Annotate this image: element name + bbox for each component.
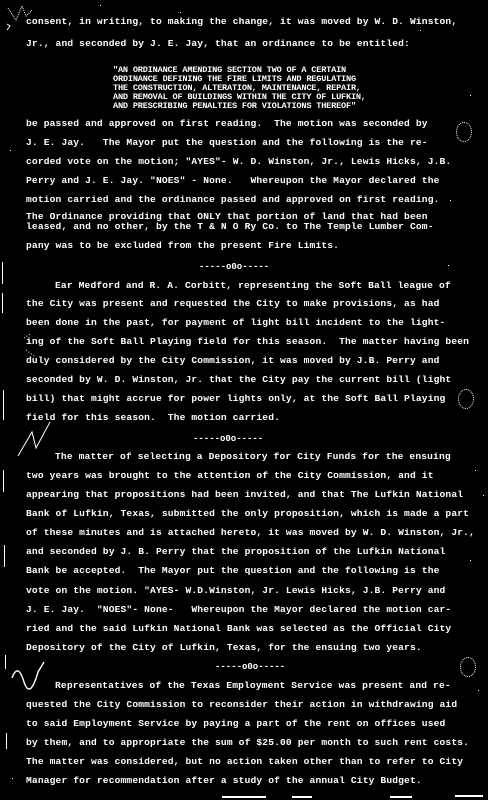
separator: -----o0o----- [193, 434, 263, 444]
ordinance-title-line: AND PRESCRIBING PENALTIES FOR VIOLATIONS… [113, 102, 356, 111]
left-margin-mark [3, 390, 4, 420]
punch-hole [460, 657, 476, 677]
handwritten-check-icon [8, 660, 48, 700]
text-line: Jr., and seconded by J. E. Jay, that an … [26, 38, 410, 49]
text-line: the City was present and requested the C… [26, 298, 440, 309]
text-line: J. E. Jay. The Mayor put the question an… [26, 137, 428, 148]
text-line: Bank be accepted. The Mayor put the ques… [26, 565, 440, 576]
text-line: Bank of Lufkin, Texas, submitted the onl… [26, 508, 469, 519]
text-line: by them, and to appropriate the sum of $… [26, 737, 469, 748]
left-margin-mark [3, 470, 4, 492]
scan-speck [475, 470, 476, 471]
text-line: consent, in writing, to making the chang… [26, 16, 457, 27]
scan-speck [10, 150, 11, 151]
text-line: two years was brought to the attention o… [26, 470, 434, 481]
scan-speck [12, 778, 13, 779]
left-margin-mark [2, 293, 3, 313]
text-line: be passed and approved on first reading.… [26, 118, 428, 129]
text-line: and seconded by J. B. Perry that the pro… [26, 546, 445, 557]
separator: -----o0o----- [199, 262, 269, 272]
scan-artifact [390, 796, 412, 798]
handwritten-check-icon [10, 420, 55, 460]
text-line: Representatives of the Texas Employment … [55, 680, 451, 691]
text-line: seconded by W. D. Winston, Jr. that the … [26, 374, 451, 385]
insert-note-line: leased, and no other, by the T & N O Ry … [26, 222, 434, 232]
scan-speck [448, 265, 449, 266]
text-line: vote on the motion. "AYES- W.D.Winston, … [26, 585, 445, 596]
scan-speck [470, 95, 471, 96]
separator: -----o0o----- [215, 662, 285, 672]
left-margin-mark [6, 733, 7, 749]
text-line: ried and the said Lufkin National Bank w… [26, 623, 451, 634]
text-line: pany was to be excluded from the present… [26, 240, 339, 251]
document-page: consent, in writing, to making the chang… [0, 0, 488, 800]
scan-speck [100, 5, 101, 6]
text-line: bill) that might accrue for power lights… [26, 393, 445, 404]
text-line: Perry and J. E. Jay. "NOES" - None. Wher… [26, 175, 440, 186]
text-line: The matter was considered, but no action… [26, 756, 463, 767]
text-line: to said Employment Service by paying a p… [26, 718, 445, 729]
scan-speck [483, 495, 484, 496]
left-margin-mark [4, 545, 5, 567]
scan-speck [478, 690, 479, 691]
left-margin-mark [2, 262, 3, 284]
text-line: appearing that propositions had been inv… [26, 489, 463, 500]
text-line: quested the City Commission to reconside… [26, 699, 457, 710]
left-margin-mark [5, 655, 6, 669]
text-line: Ear Medford and R. A. Corbitt, represent… [55, 280, 451, 291]
text-line: field for this season. The motion carrie… [26, 412, 280, 423]
scan-artifact [455, 795, 483, 797]
scan-artifact [292, 796, 312, 798]
text-line: corded vote on the motion; "AYES"- W. D.… [26, 156, 451, 167]
text-line: J. E. Jay. "NOES"- None- Whereupon the M… [26, 604, 451, 615]
text-line: The matter of selecting a Depository for… [55, 451, 451, 462]
text-line: Depository of the City of Lufkin, Texas,… [26, 642, 422, 653]
text-line: ing of the Soft Ball Playing field for t… [26, 336, 469, 347]
text-line: motion carried and the ordinance passed … [26, 194, 440, 205]
text-line: duly considered by the City Commission, … [26, 355, 440, 366]
text-line: been done in the past, for payment of li… [26, 317, 445, 328]
scan-artifact [222, 796, 266, 798]
punch-hole [458, 389, 474, 409]
scan-speck [180, 12, 181, 13]
scan-speck [450, 200, 451, 201]
text-line: Manager for recommendation after a study… [26, 775, 422, 786]
punch-hole [456, 122, 472, 142]
scan-speck [470, 560, 471, 561]
scan-speck [420, 30, 421, 31]
text-line: of these minutes and is attached hereto,… [26, 527, 475, 538]
